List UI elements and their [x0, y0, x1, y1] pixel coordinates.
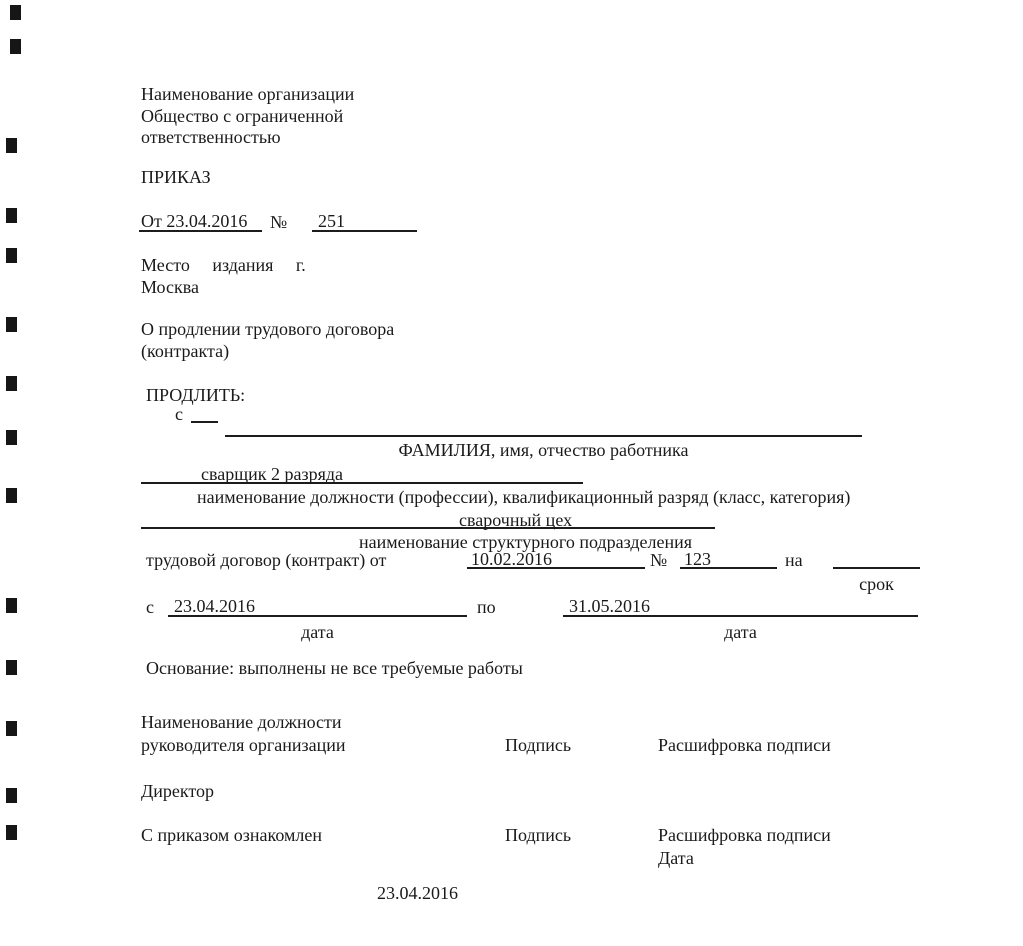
- period-to-label: по: [477, 597, 496, 618]
- period-from-label: с: [146, 597, 154, 618]
- term-caption: срок: [833, 574, 920, 595]
- basis-line: Основание: выполнены не все требуемые ра…: [146, 658, 523, 679]
- org-block: Наименование организации Общество с огра…: [141, 84, 354, 149]
- scan-mark-artifact: [6, 138, 17, 153]
- order-subject: О продлении трудового договора (контракт…: [141, 319, 394, 362]
- scan-mark-artifact: [10, 5, 21, 20]
- term-label: на: [785, 550, 803, 571]
- scan-mark-artifact: [6, 660, 17, 675]
- order-number-field: 251: [312, 211, 417, 232]
- signature-label-ack: Подпись: [505, 825, 571, 846]
- scan-mark-artifact: [6, 788, 17, 803]
- subject-line2: (контракта): [141, 341, 394, 363]
- order-title: ПРИКАЗ: [141, 167, 211, 188]
- place-line1: Место издания г.: [141, 255, 306, 277]
- director-label: Директор: [141, 781, 214, 802]
- scan-mark-artifact: [6, 488, 17, 503]
- place-line2: Москва: [141, 277, 306, 299]
- org-legal-form-line1: Общество с ограниченной: [141, 106, 354, 128]
- date-label: Дата: [658, 848, 694, 869]
- scan-mark-artifact: [6, 317, 17, 332]
- with-label: с: [175, 404, 183, 425]
- with-blank-line: [191, 405, 218, 423]
- department-value: сварочный цех: [459, 510, 572, 531]
- employee-name-line: [225, 417, 862, 437]
- signature-decode-label-ack: Расшифровка подписи: [658, 825, 831, 846]
- position-caption: наименование должности (профессии), квал…: [197, 487, 850, 508]
- term-blank-line: [833, 549, 920, 569]
- contract-number-field: 123: [680, 549, 777, 569]
- scan-mark-artifact: [6, 208, 17, 223]
- footer-date: 23.04.2016: [377, 883, 458, 904]
- department-line: [141, 509, 715, 529]
- org-name-label: Наименование организации: [141, 84, 354, 106]
- scan-mark-artifact: [6, 825, 17, 840]
- order-document-page: Наименование организации Общество с огра…: [0, 0, 1023, 946]
- head-title-line2: руководителя организации: [141, 735, 346, 756]
- contract-date-field: 10.02.2016: [467, 549, 645, 569]
- date-caption-to: дата: [563, 622, 918, 643]
- contract-number-sign: №: [650, 550, 667, 571]
- position-line: сварщик 2 разряда: [141, 464, 583, 484]
- order-date-field: От 23.04.2016: [139, 211, 262, 232]
- scan-mark-artifact: [6, 376, 17, 391]
- scan-mark-artifact: [10, 39, 21, 54]
- place-of-issue: Место издания г. Москва: [141, 255, 306, 298]
- scan-mark-artifact: [6, 430, 17, 445]
- signature-label-head: Подпись: [505, 735, 571, 756]
- acknowledgement-label: С приказом ознакомлен: [141, 825, 322, 846]
- resolution-heading: ПРОДЛИТЬ:: [146, 385, 245, 406]
- signature-decode-label-head: Расшифровка подписи: [658, 735, 831, 756]
- contract-label: трудовой договор (контракт) от: [146, 550, 386, 571]
- employee-name-caption: ФАМИЛИЯ, имя, отчество работника: [225, 440, 862, 461]
- head-title-line1: Наименование должности: [141, 712, 342, 733]
- period-from-field: 23.04.2016: [168, 596, 467, 617]
- order-number-sign: №: [270, 212, 287, 233]
- period-to-field: 31.05.2016: [563, 596, 918, 617]
- scan-mark-artifact: [6, 248, 17, 263]
- scan-mark-artifact: [6, 598, 17, 613]
- date-caption-from: дата: [168, 622, 467, 643]
- subject-line1: О продлении трудового договора: [141, 319, 394, 341]
- scan-mark-artifact: [6, 721, 17, 736]
- org-legal-form-line2: ответственностью: [141, 127, 354, 149]
